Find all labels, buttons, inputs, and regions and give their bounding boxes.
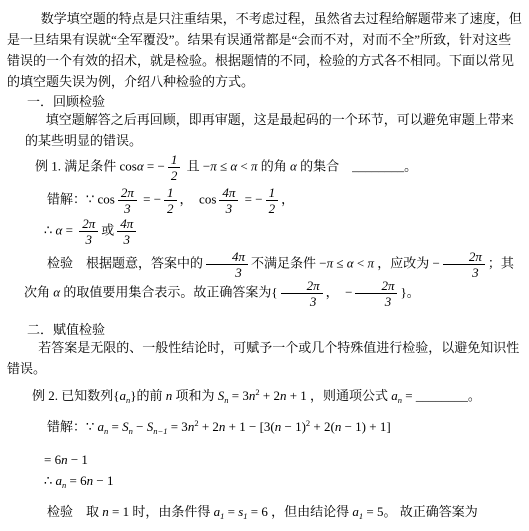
section2-paragraph: 若答案是无限的、一般性结论时，可赋予一个或几个特殊值进行检验，以避免知识性错误。 [7, 337, 523, 379]
fraction: 2π3 [443, 250, 485, 279]
text-run: + 1 − [3( [225, 419, 274, 434]
text-run: 的集合 [297, 158, 352, 173]
text-run: = [108, 419, 122, 434]
text-run: 的取值要用集合表示。故正确答案为{ [60, 284, 278, 299]
text-run: < [354, 255, 368, 270]
text-run: 项和为 [172, 388, 218, 403]
document-page: 数学填空题的特点是只注重结果，不考虑过程，虽然省去过程给解题带来了速度，但是一旦… [0, 0, 529, 531]
example1-statement: 例 1. 满足条件 cosα = −12 且 −π ≤ α < π 的角 α 的… [35, 153, 523, 182]
section1-heading: 一．回顾检验 [27, 94, 523, 109]
text-run: 例 1. 满足条件 cos [35, 158, 137, 173]
variable: α [290, 158, 297, 173]
fraction-numerator: 1 [266, 186, 279, 201]
text-run: + 1 ，则通项公式 [286, 388, 391, 403]
example2-check-paragraph: 检验 取 n = 1 时，由条件得 a1 = s1 = 6 ，但由结论得 a1 … [47, 501, 523, 522]
text-run: = 1 时，由条件得 [109, 504, 214, 519]
text-run: = [224, 504, 238, 519]
fraction-denominator: 3 [85, 232, 92, 246]
section1-paragraph: 填空题解答之后再回顾，即再审题，这是最起码的一个环节，可以避免审题上带来的某些明… [25, 109, 523, 151]
fraction-numerator: 4π [117, 217, 136, 232]
text-run: 。 [468, 388, 481, 403]
fraction-numerator: 1 [164, 186, 177, 201]
text-run: ， [281, 191, 294, 206]
variable: α [137, 158, 144, 173]
text-run: = − [241, 191, 262, 206]
variable: α [347, 255, 354, 270]
fraction-denominator: 3 [123, 232, 130, 246]
fraction-denominator: 3 [362, 294, 392, 308]
text-run: ≤ [333, 255, 347, 270]
fraction: 4π3 [206, 250, 248, 279]
fraction-denominator: 3 [212, 265, 242, 279]
section2-heading: 二．赋值检验 [27, 322, 523, 337]
fraction-numerator: 2π [281, 279, 323, 294]
text-run: 若答案是无限的、一般性结论时，可赋予一个或几个特殊值进行检验，以避免知识性错误。 [7, 340, 519, 376]
fraction-numerator: 2π [355, 279, 397, 294]
text-run: − 1 [93, 473, 113, 488]
text-run: 例 2. 已知数列{ [32, 388, 120, 403]
example2-wrong-solution-line2: = 6n − 1 [44, 449, 523, 470]
fraction-denominator: 3 [124, 201, 131, 215]
text-run: 且 − [183, 158, 210, 173]
example1-check-paragraph: 检验 根据题意，答案中的4π3不满足条件 −π ≤ α < π ，应改为 −2π… [24, 250, 523, 308]
example2-statement: 例 2. 已知数列{an}的前 n 项和为 Sn = 3n2 + 2n + 1 … [32, 385, 523, 406]
text-run: 错解：∵ cos [47, 191, 115, 206]
text-run: 检验 根据题意，答案中的 [47, 255, 203, 270]
fraction-denominator: 2 [171, 168, 178, 182]
text-run: + 2 [260, 388, 280, 403]
fraction-numerator: 1 [168, 153, 181, 168]
fraction-denominator: 2 [167, 201, 174, 215]
answer-blank: ________ [352, 158, 404, 173]
fraction: 12 [164, 186, 177, 215]
text-run: 数学填空题的特点是只注重结果，不考虑过程，虽然省去过程给解题带来了速度，但是一旦… [7, 11, 522, 89]
fraction: 4π3 [117, 217, 136, 246]
text-run: = 6 [44, 452, 61, 467]
text-run: − 1) + 1] [341, 419, 390, 434]
text-run: − [133, 419, 147, 434]
text-run: = 6 [66, 473, 86, 488]
text-run: < [237, 158, 251, 173]
fraction: 2π3 [79, 217, 98, 246]
fraction: 4π3 [219, 186, 238, 215]
fraction-denominator: 3 [449, 265, 479, 279]
text-run: = 6 ，但由结论得 [248, 504, 353, 519]
text-run: = 3 [167, 419, 187, 434]
fraction: 2π3 [118, 186, 137, 215]
fraction-denominator: 2 [269, 201, 276, 215]
text-run: = 3 [229, 388, 249, 403]
text-run: = − [140, 191, 161, 206]
fraction-numerator: 2π [118, 186, 137, 201]
text-run: = [62, 222, 76, 237]
subscript: n−1 [153, 426, 167, 436]
fraction: 12 [168, 153, 181, 182]
text-run: = − [144, 158, 165, 173]
text-run: ，应改为 − [374, 255, 440, 270]
text-run: 的角 [258, 158, 291, 173]
example1-wrong-solution-line1: 错解：∵ cos2π3 = −12， cos4π3 = −12， [47, 186, 523, 215]
text-run: ， cos [180, 191, 217, 206]
example2-wrong-solution-line3: ∴ an = 6n − 1 [44, 470, 523, 491]
fraction-numerator: 4π [206, 250, 248, 265]
example2-wrong-solution-line1: 错解：∵ an = Sn − Sn−1 = 3n2 + 2n + 1 − [3(… [47, 416, 523, 437]
fraction-numerator: 2π [443, 250, 485, 265]
fraction: 2π3 [281, 279, 323, 308]
example1-wrong-solution-line2: ∴ α = 2π3或4π3 [44, 217, 523, 246]
text-run: }。 [400, 284, 419, 299]
answer-blank: ________ [416, 388, 468, 403]
text-run: ∴ [44, 222, 56, 237]
fraction-denominator: 3 [226, 201, 233, 215]
text-run: = 5。 故正确答案为 [363, 504, 478, 519]
text-run: = [402, 388, 416, 403]
fraction: 12 [266, 186, 279, 215]
text-run: − 1) [281, 419, 306, 434]
text-run: ， − [326, 284, 353, 299]
text-run: 或 [101, 222, 114, 237]
text-run: + 2( [310, 419, 335, 434]
text-run: ≤ [217, 158, 231, 173]
text-run: 填空题解答之后再回顾，即再审题，这是最起码的一个环节，可以避免审题上带来的某些明… [25, 112, 514, 148]
text-run: 错解：∵ [47, 419, 98, 434]
text-run: ∴ [44, 473, 56, 488]
text-run: + 2 [199, 419, 219, 434]
fraction-numerator: 4π [219, 186, 238, 201]
text-run: 。 [404, 158, 417, 173]
text-run: − 1 [68, 452, 88, 467]
fraction-denominator: 3 [287, 294, 317, 308]
text-run: 不满足条件 − [251, 255, 327, 270]
fraction: 2π3 [355, 279, 397, 308]
intro-paragraph: 数学填空题的特点是只注重结果，不考虑过程，虽然省去过程给解题带来了速度，但是一旦… [7, 8, 523, 92]
fraction-numerator: 2π [79, 217, 98, 232]
text-run: 检验 取 [47, 504, 102, 519]
text-run: }的前 [130, 388, 166, 403]
